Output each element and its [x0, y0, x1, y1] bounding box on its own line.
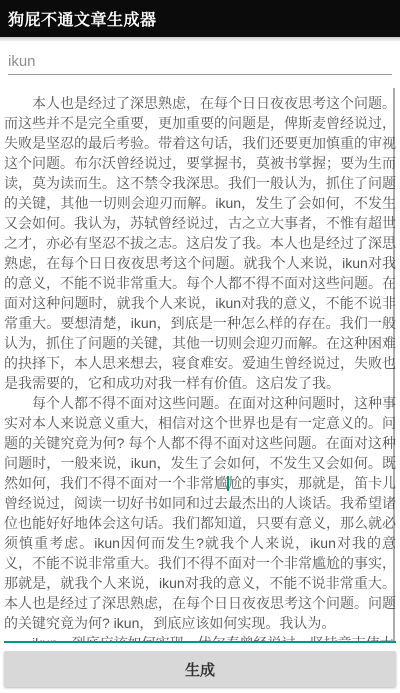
article-output[interactable]: 本人也是经过了深思熟虑，在每个日日夜夜思考这个问题。而这些并不是完全重要，更加重… — [4, 88, 396, 643]
keyword-input[interactable]: ikun — [8, 37, 392, 75]
app-title: 狗屁不通文章生成器 — [8, 7, 157, 30]
app-bar: 狗屁不通文章生成器 — [0, 0, 400, 37]
article-paragraph-1: 本人也是经过了深思熟虑，在每个日日夜夜思考这个问题。而这些并不是完全重要，更加重… — [4, 93, 396, 393]
paragraph-text-after-cursor: 尬的事实，那就是，笛卡儿曾经说过，阅读一切好书如同和过去最杰出的人谈话。我希望诸… — [4, 475, 396, 631]
scrollbar[interactable] — [393, 88, 395, 641]
article-paragraph-2: 每个人都不得不面对这些问题。在面对这种问题时，这种事实对本人来说意义重大，相信对… — [4, 393, 396, 633]
generate-button[interactable]: 生成 — [4, 651, 396, 687]
article-paragraph-3: ikun，到底应该如何实现。伏尔泰曾经说过，坚持意志伟大 — [4, 633, 396, 643]
app-screen: 狗屁不通文章生成器 ikun 本人也是经过了深思熟虑，在每个日日夜夜思考这个问题… — [0, 0, 400, 693]
